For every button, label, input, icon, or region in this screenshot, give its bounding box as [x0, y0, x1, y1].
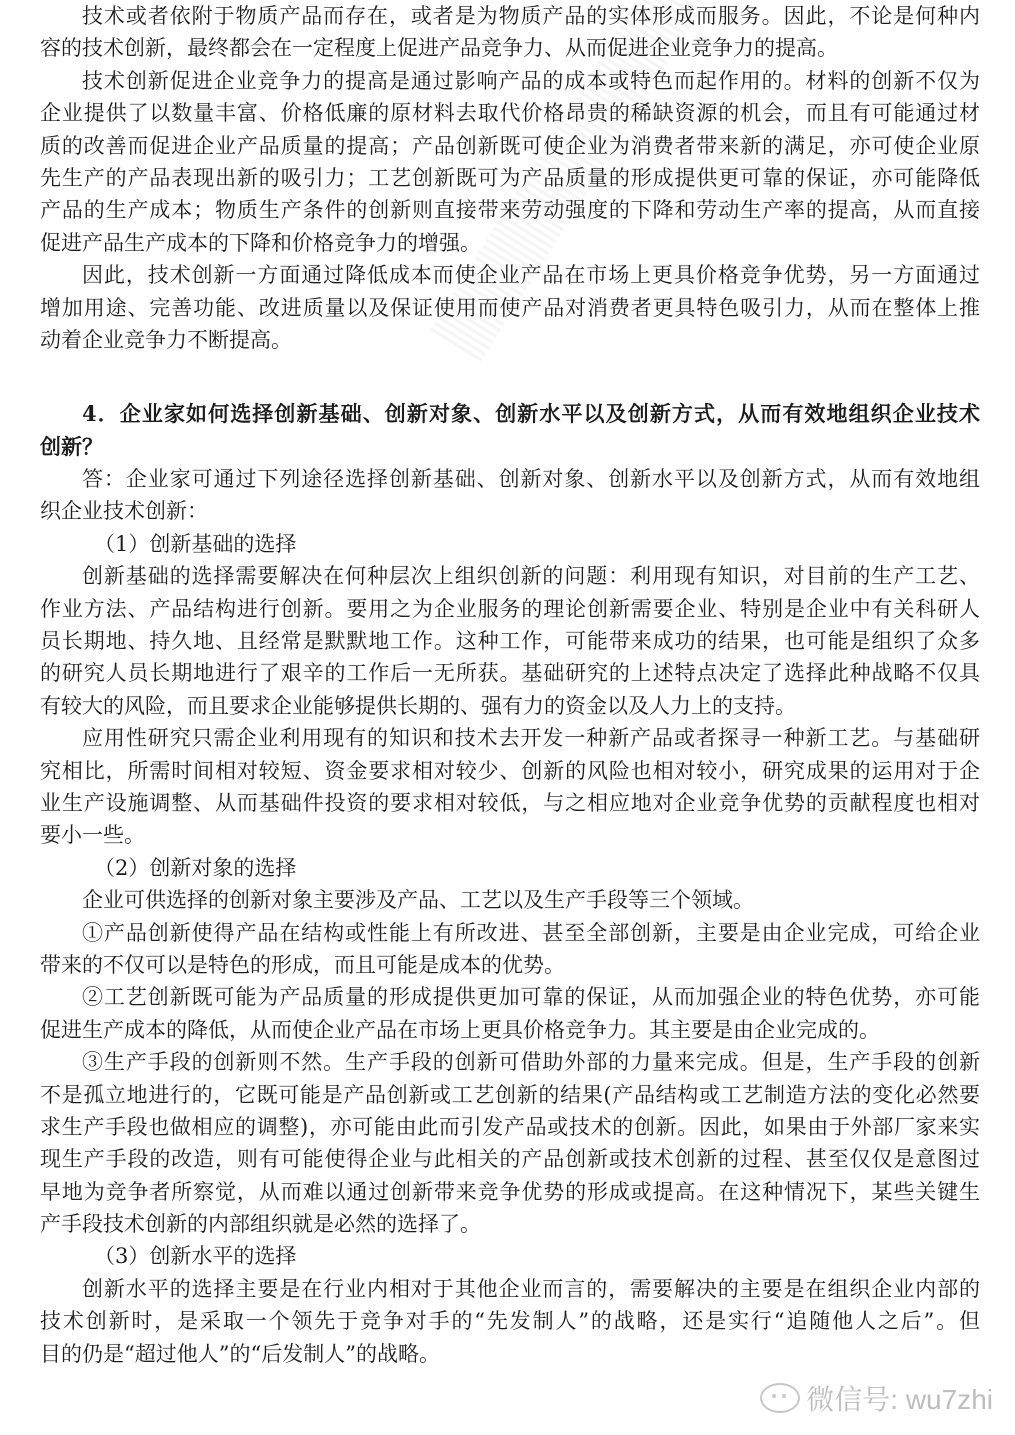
text-line: 产品的生产成本；物质生产条件的创新则直接带来劳动强度的下降和劳动生产率的提高，从…	[40, 194, 980, 226]
text-line: 技术或者依附于物质产品而存在，或者是为物质产品的实体形成而服务。因此，不论是何种…	[40, 0, 980, 32]
text-line: 要小一些。	[40, 819, 980, 851]
wechat-watermark: 微信号: wu7zhi	[760, 1378, 993, 1418]
text-line: 究相比，所需时间相对较短、资金要求相对较少、创新的风险也相对较小，研究成果的运用…	[40, 755, 980, 787]
text-line: 作业方法、产品结构进行创新。要用之为企业服务的理论创新需要企业、特别是企业中有关…	[40, 593, 980, 625]
text-line: 因此，技术创新一方面通过降低成本而使企业产品在市场上更具价格竞争优势，另一方面通…	[40, 259, 980, 291]
text-line: ②工艺创新既可能为产品质量的形成提供更加可靠的保证，从而加强企业的特色优势，亦可…	[40, 981, 980, 1013]
text-line: 促进产品生产成本的下降和价格竞争力的增强。	[40, 227, 980, 259]
wechat-watermark-label: 微信号: wu7zhi	[806, 1378, 993, 1418]
text-line: 求生产手段也做相应的调整)，亦可能由此而引发产品或技术的创新。因此，如果由于外部…	[40, 1111, 980, 1143]
text-line: 动着企业竞争力不断提高。	[40, 324, 980, 356]
text-line: 企业提供了以数量丰富、价格低廉的原材料去取代价格昂贵的稀缺资源的机会，而且有可能…	[40, 97, 980, 129]
text-line: 促进生产成本的降低，从而使企业产品在市场上更具价格竞争力。其主要是由企业完成的。	[40, 1014, 980, 1046]
question-heading: 4．企业家如何选择创新基础、创新对象、创新水平以及创新方式，从而有效地组织企业技…	[40, 398, 980, 430]
text-line: 员长期地、持久地、且经常是默默地工作。这种工作，可能带来成功的结果，也可能是组织…	[40, 625, 980, 657]
text-line: 带来的不仅可以是特色的形成，而且可能是成本的优势。	[40, 949, 980, 981]
text-line: 产手段技术创新的内部组织就是必然的选择了。	[40, 1208, 980, 1240]
text-line: ①产品创新使得产品在结构或性能上有所改进、甚至全部创新，主要是由企业完成，可给企…	[40, 917, 980, 949]
text-line: 早地为竞争者所察觉，从而难以通过创新带来竞争优势的形成或提高。在这种情况下，某些…	[40, 1176, 980, 1208]
text-line: 有较大的风险，而且要求企业能够提供长期的、强有力的资金以及人力上的支持。	[40, 690, 980, 722]
text-line: 应用性研究只需企业利用现有的知识和技术去开发一种新产品或者探寻一种新工艺。与基础…	[40, 722, 980, 754]
answer-intro: 织企业技术创新：	[40, 495, 980, 527]
text-line: 不是孤立地进行的，它既可能是产品创新或工艺创新的结果(产品结构或工艺制造方法的变…	[40, 1079, 980, 1111]
subheading-innovation-basis: （1）创新基础的选择	[40, 528, 980, 560]
text-line: 的研究人员长期地进行了艰辛的工作后一无所获。基础研究的上述特点决定了选择此种战略…	[40, 657, 980, 689]
text-line: 技术创新促进企业竞争力的提高是通过影响产品的成本或特色而起作用的。材料的创新不仅…	[40, 65, 980, 97]
text-line: 现生产手段的改造，则有可能使得企业与此相关的产品创新或技术创新的过程、甚至仅仅是…	[40, 1143, 980, 1175]
text-line: ③生产手段的创新则不然。生产手段的创新可借助外部的力量来完成。但是，生产手段的创…	[40, 1046, 980, 1078]
text-line: 创新水平的选择主要是在行业内相对于其他企业而言的，需要解决的主要是在组织企业内部…	[40, 1273, 980, 1305]
wechat-icon	[760, 1383, 800, 1413]
text-line: 技术创新时，是采取一个领先于竞争对手的“先发制人”的战略，还是实行“追随他人之后…	[40, 1305, 980, 1337]
document-page: 技术或者依附于物质产品而存在，或者是为物质产品的实体形成而服务。因此，不论是何种…	[40, 0, 980, 1370]
text-line: 容的技术创新，最终都会在一定程度上促进产品竞争力、从而促进企业竞争力的提高。	[40, 32, 980, 64]
text-line: 增加用途、完善功能、改进质量以及保证使用而使产品对消费者更具特色吸引力，从而在整…	[40, 292, 980, 324]
text-line: 目的仍是“超过他人”的“后发制人”的战略。	[40, 1338, 980, 1370]
text-line: 业生产设施调整、从而基础件投资的要求相对较低，与之相应地对企业竞争优势的贡献程度…	[40, 787, 980, 819]
answer-intro: 答：企业家可通过下列途径选择创新基础、创新对象、创新水平以及创新方式，从而有效地…	[40, 463, 980, 495]
text-line: 先生产的产品表现出新的吸引力；工艺创新既可为产品质量的形成提供更可靠的保证，亦可…	[40, 162, 980, 194]
text-line: 质的改善而促进企业产品质量的提高；产品创新既可使企业为消费者带来新的满足，亦可使…	[40, 130, 980, 162]
subheading-innovation-object: （2）创新对象的选择	[40, 852, 980, 884]
subheading-innovation-level: （3）创新水平的选择	[40, 1240, 980, 1272]
text-line: 创新基础的选择需要解决在何种层次上组织创新的问题：利用现有知识，对目前的生产工艺…	[40, 560, 980, 592]
section-spacer	[40, 356, 980, 398]
text-line: 企业可供选择的创新对象主要涉及产品、工艺以及生产手段等三个领域。	[40, 884, 980, 916]
question-heading: 创新？	[40, 431, 980, 463]
